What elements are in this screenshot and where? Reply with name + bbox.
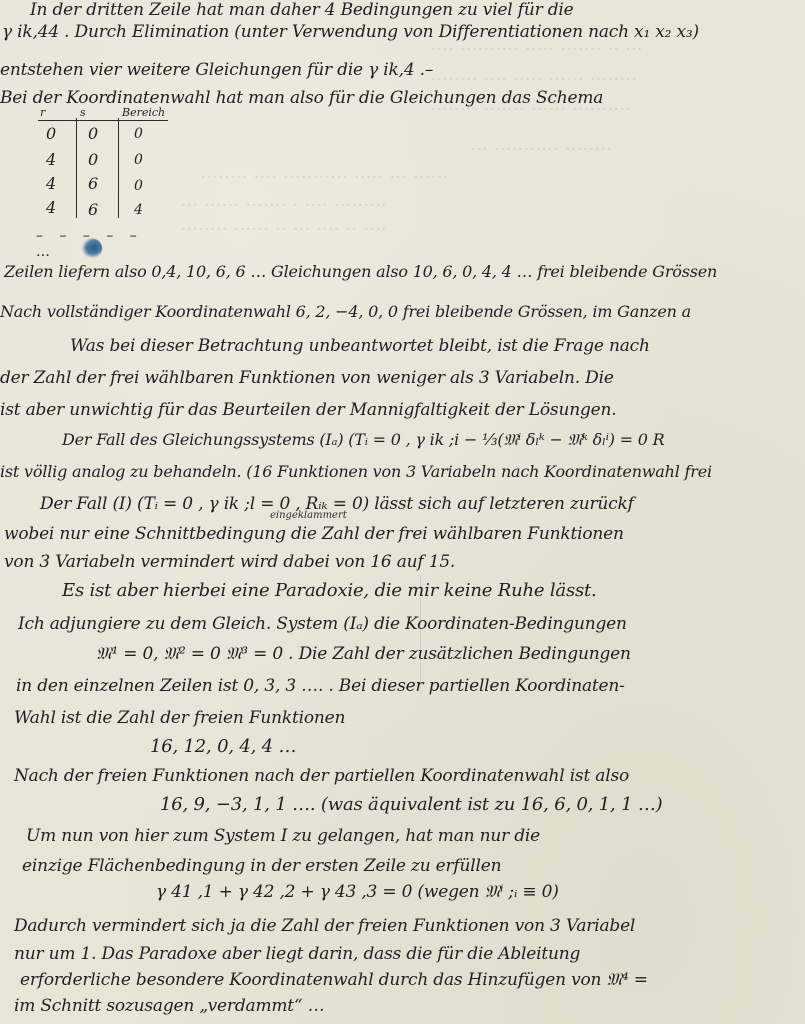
bleed-through-text: ··· ·· ······· ····· ·········· ···· (430, 40, 643, 60)
manuscript-line: ist aber unwichtig für das Beurteilen de… (0, 400, 616, 420)
table-cell: 6 (88, 174, 98, 193)
table-divider (118, 118, 119, 218)
table-cell: 0 (46, 124, 56, 143)
bleed-through-text: ······ ··· ····· ··········· ···· ······… (200, 168, 448, 188)
manuscript-line: entstehen vier weitere Gleichungen für d… (0, 60, 433, 80)
interlinear-insertion: eingeklammert (270, 510, 347, 521)
manuscript-line: γ 41 ,1 + γ 42 ,2 + γ 43 ,3 = 0 (wegen 𝔐… (156, 882, 559, 902)
scheme-table: r s Bereich 0 0 0 4 0 0 4 6 0 4 6 4 – – … (36, 106, 171, 226)
table-cell: 0 (88, 150, 98, 169)
manuscript-line: Ich adjungiere zu dem Gleich. System (Iₐ… (18, 614, 627, 634)
table-cell: 0 (88, 124, 98, 143)
table-cell: 0 (134, 126, 143, 142)
manuscript-line: Um nun von hier zum System I zu gelangen… (26, 826, 540, 846)
table-continuation: – – – – – … (36, 228, 171, 260)
manuscript-line: von 3 Variabeln vermindert wird dabei vo… (4, 552, 455, 572)
bleed-through-text: ········ ······ ····· ···· ········ (430, 70, 637, 90)
manuscript-line: ist völlig analog zu behandeln. (16 Funk… (0, 462, 712, 481)
manuscript-line: erforderliche besondere Koordinatenwahl … (20, 970, 648, 990)
bleed-through-text: ········· ···· · ······· ······ ··· (180, 196, 387, 216)
manuscript-line: nur um 1. Das Paradoxe aber liegt darin,… (14, 944, 580, 964)
manuscript-line: Zeilen liefern also 0,4, 10, 6, 6 … Glei… (4, 262, 717, 281)
table-cell: 6 (88, 200, 98, 219)
manuscript-line: 16, 12, 0, 4, 4 … (150, 736, 296, 757)
manuscript-line: der Zahl der frei wählbaren Funktionen v… (0, 368, 614, 388)
manuscript-line: im Schnitt sozusagen „verdammt“ … (14, 996, 324, 1016)
manuscript-line: Dadurch vermindert sich ja die Zahl der … (14, 916, 635, 936)
manuscript-line: 𝔐¹ = 0, 𝔐² = 0 𝔐³ = 0 . Die Zahl der zus… (96, 644, 631, 664)
table-divider (76, 118, 77, 218)
manuscript-line: Nach vollständiger Koordinatenwahl 6, 2,… (0, 302, 691, 321)
table-rule (38, 120, 168, 121)
table-cell: 0 (134, 152, 143, 168)
table-cell: 4 (46, 198, 56, 217)
table-cell: 0 (134, 178, 143, 194)
manuscript-line: Wahl ist die Zahl der freien Funktionen (14, 708, 345, 728)
table-cell: 4 (46, 150, 56, 169)
manuscript-line: Es ist aber hierbei eine Paradoxie, die … (62, 580, 597, 601)
manuscript-line: in den einzelnen Zeilen ist 0, 3, 3 …. .… (16, 676, 625, 696)
table-cell: 4 (46, 174, 56, 193)
bleed-through-text: ········ ··········· ··· (470, 140, 612, 160)
manuscript-line: γ ik,44 . Durch Elimination (unter Verwe… (2, 22, 699, 42)
manuscript-line: In der dritten Zeile hat man daher 4 Bed… (30, 0, 573, 20)
manuscript-line: Was bei dieser Betrachtung unbeantwortet… (70, 336, 650, 356)
manuscript-line: Nach der freien Funktionen nach der part… (14, 766, 629, 786)
manuscript-line: 16, 9, −3, 1, 1 …. (was äquivalent ist z… (160, 794, 663, 815)
manuscript-line: einzige Flächenbedingung in der ersten Z… (22, 856, 501, 876)
manuscript-line: Der Fall des Gleichungssystems (Iₐ) (Tᵢ … (62, 430, 664, 450)
manuscript-line: wobei nur eine Schnittbedingung die Zahl… (4, 524, 624, 544)
bleed-through-text: ···· ·· ···· ··· ·· ······ ········ (180, 220, 387, 240)
table-cell: 4 (134, 202, 143, 218)
manuscript-line: Bei der Koordinatenwahl hat man also für… (0, 88, 603, 108)
